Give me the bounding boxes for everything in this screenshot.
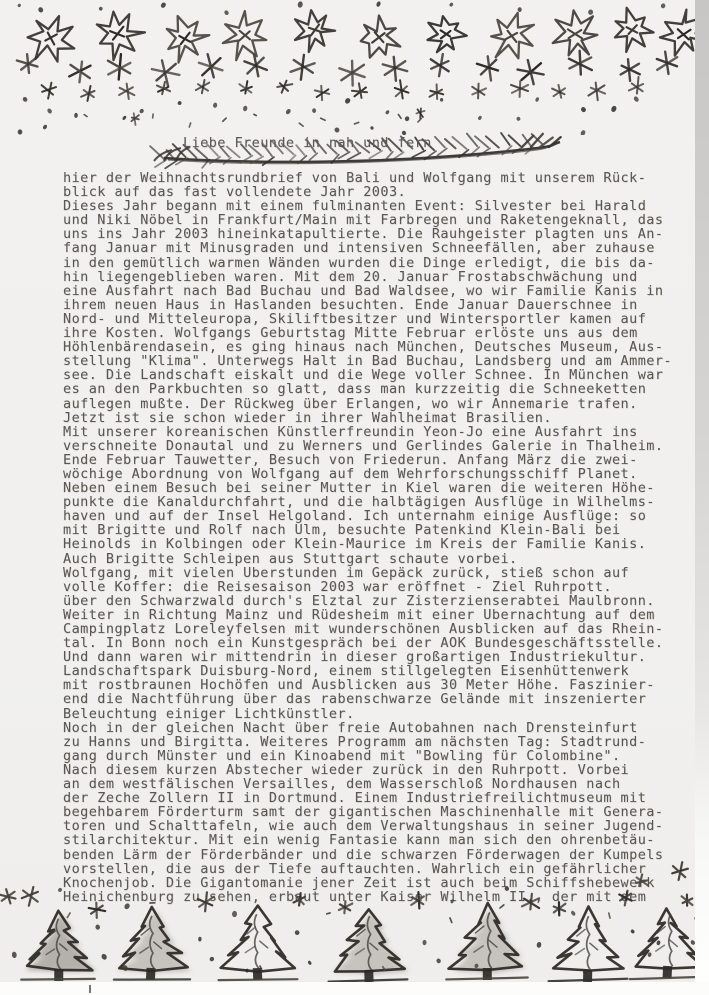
stars-border-drawing bbox=[0, 0, 709, 135]
scanned-letter-page: Liebe Freunde in nah und fern hier der W… bbox=[0, 0, 709, 995]
scan-edge-right bbox=[695, 0, 709, 995]
letter-salutation: Liebe Freunde in nah und fern bbox=[183, 135, 432, 151]
letter-body-text: hier der Weihnachtsrundbrief von Bali un… bbox=[63, 171, 669, 904]
scan-speck bbox=[89, 985, 91, 993]
scan-edge-bottom bbox=[0, 982, 709, 995]
